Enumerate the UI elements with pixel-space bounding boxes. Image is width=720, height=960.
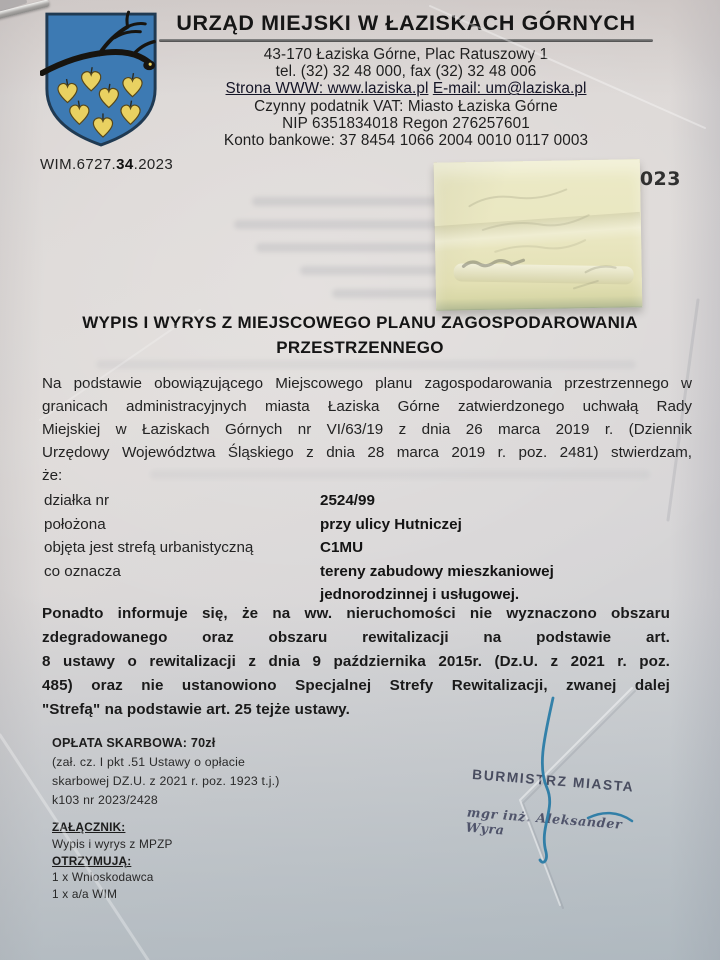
detail-row: położona przy ulicy Hutniczej <box>44 513 664 537</box>
intro-paragraph: Na podstawie obowiązującego Miejscowego … <box>42 372 692 487</box>
attachments-block: ZAŁĄCZNIK: Wypis i wyrys z MPZP OTRZYMUJ… <box>52 819 173 903</box>
recipient-item: 1 x a/a WIM <box>52 886 173 903</box>
detail-label: objęta jest strefą urbanistyczną <box>44 536 320 560</box>
vat-line: Czynny podatnik VAT: Miasto Łaziska Górn… <box>150 98 662 115</box>
info-paragraph: Ponadto informuje się, że na ww. nieruch… <box>42 602 670 722</box>
detail-row: co oznacza tereny zabudowy mieszkaniowej… <box>44 560 664 607</box>
document-title-line2: PRZESTRZENNEGO <box>60 335 660 360</box>
detail-label: położona <box>44 513 320 537</box>
paragraph-line: Na podstawie obowiązującego Miejscowego … <box>42 372 692 395</box>
detail-label: co oznacza <box>44 560 320 584</box>
letterhead: URZĄD MIEJSKI W ŁAZISKACH GÓRNYCH 43-170… <box>150 10 662 149</box>
detail-value: C1MU <box>320 536 650 560</box>
detail-row: działka nr 2524/99 <box>44 489 664 513</box>
detail-value: tereny zabudowy mieszkaniowej jednorodzi… <box>320 560 630 607</box>
document-page: URZĄD MIEJSKI W ŁAZISKACH GÓRNYCH 43-170… <box>0 0 720 960</box>
mayor-stamp-title: BURMISTRZ MIASTA <box>472 767 653 796</box>
fee-note: OPŁATA SKARBOWA: 70zł (zał. cz. I pkt .5… <box>52 734 280 810</box>
paragraph-line: 8 ustawy o rewitalizacji z dnia 9 paździ… <box>42 650 670 674</box>
address-line: 43-170 Łaziska Górne, Plac Ratuszowy 1 <box>150 46 662 63</box>
website-link[interactable]: Strona WWW: www.laziska.pl <box>226 80 429 97</box>
paragraph-line: Urzędowy Województwa Śląskiego z dnia 28… <box>42 441 692 464</box>
fee-line: skarbowej DZ.U. z 2021 r. poz. 1923 t.j.… <box>52 772 280 791</box>
ghost-text-band <box>96 360 636 369</box>
bank-line: Konto bankowe: 37 8454 1066 2004 0010 01… <box>150 132 662 149</box>
paragraph-line: 485) oraz nie ustanowiono Specjalnej Str… <box>42 674 670 698</box>
fee-line: (zał. cz. I pkt .51 Ustawy o opłacie <box>52 753 280 772</box>
detail-row: objęta jest strefą urbanistyczną C1MU <box>44 536 664 560</box>
coat-of-arms-icon <box>40 8 162 150</box>
links-line: Strona WWW: www.laziska.pl E-mail: um@la… <box>150 80 662 97</box>
recipient-item: 1 x Wnioskodawca <box>52 869 173 886</box>
fee-line: k103 nr 2023/2428 <box>52 791 280 810</box>
attachment-item: Wypis i wyrys z MPZP <box>52 836 173 853</box>
document-title: WYPIS I WYRYS Z MIEJSCOWEGO PLANU ZAGOSP… <box>60 310 660 360</box>
paragraph-line: że: <box>42 464 692 487</box>
paragraph-line: zdegradowanego oraz obszaru rewitalizacj… <box>42 626 670 650</box>
fee-heading: OPŁATA SKARBOWA: 70zł <box>52 734 280 753</box>
parcel-details: działka nr 2524/99 położona przy ulicy H… <box>44 489 664 607</box>
office-title: URZĄD MIEJSKI W ŁAZISKACH GÓRNYCH <box>150 10 662 36</box>
document-title-line1: WYPIS I WYRYS Z MIEJSCOWEGO PLANU ZAGOSP… <box>60 310 660 335</box>
attachment-heading: ZAŁĄCZNIK: <box>52 819 173 836</box>
email-link[interactable]: E-mail: um@laziska.pl <box>433 80 587 97</box>
paragraph-line: "Strefą" na podstawie art. 25 tejże usta… <box>42 698 670 722</box>
paragraph-line: Miejskiej w Łaziskach Górnych nr VI/63/1… <box>42 418 692 441</box>
sticky-note-handwriting <box>434 159 643 311</box>
paragraph-line: granicach administracyjnych miasta Łazis… <box>42 395 692 418</box>
paragraph-line: Ponadto informuje się, że na ww. nieruch… <box>42 602 670 626</box>
sticky-note[interactable] <box>434 159 643 311</box>
phone-line: tel. (32) 32 48 000, fax (32) 32 48 006 <box>150 63 662 80</box>
nip-line: NIP 6351834018 Regon 276257601 <box>150 115 662 132</box>
reference-number: WIM.6727.34.2023 <box>40 156 173 173</box>
detail-value: 2524/99 <box>320 489 650 513</box>
recipients-heading: OTRZYMUJĄ: <box>52 853 173 870</box>
detail-label: działka nr <box>44 489 320 513</box>
detail-value: przy ulicy Hutniczej <box>320 513 650 537</box>
letterhead-rule <box>159 39 653 42</box>
mayor-stamp-name: mgr inż. Aleksander Wyra <box>465 806 657 851</box>
